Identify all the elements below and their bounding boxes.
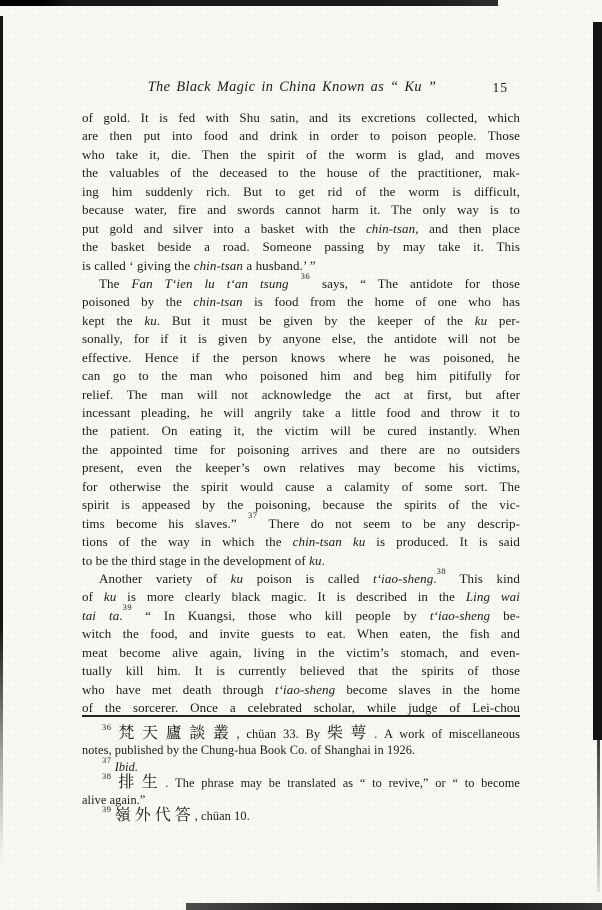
body-line: kept the ku. But it must be given by the… bbox=[82, 312, 520, 330]
scan-edge-left bbox=[0, 16, 3, 864]
body-line: spirit is appeased by the poisoning, bec… bbox=[82, 496, 520, 514]
body-text: of gold. It is fed with Shu satin, and i… bbox=[82, 109, 520, 717]
body-line: tims become his slaves.” 37 There do not… bbox=[82, 515, 520, 533]
body-line: can go to the man who poisoned him and b… bbox=[82, 367, 520, 385]
footnote-ref: 36 bbox=[301, 271, 311, 281]
scan-edge-right bbox=[593, 22, 602, 740]
body-line: the basket beside a road. Someone passin… bbox=[82, 238, 520, 256]
footnote-line: 39 嶺外代答, chüan 10. bbox=[82, 808, 520, 824]
body-line: who take it, die. Then the spirit of the… bbox=[82, 146, 520, 164]
body-line: for otherwise the spirit would cause a c… bbox=[82, 478, 520, 496]
body-line: witch the food, and invite guests to eat… bbox=[82, 625, 520, 643]
footnote-ref: 36 bbox=[102, 722, 112, 732]
body-line: meat become alive again, living in the v… bbox=[82, 644, 520, 662]
body-line: The Fan T‘ien lu t‘an tsung 36 says, “ T… bbox=[82, 275, 520, 293]
footnote-ref: 37 bbox=[248, 510, 258, 520]
scan-edge-bottom bbox=[186, 903, 602, 910]
body-line: put gold and silver into a basket with t… bbox=[82, 220, 520, 238]
body-line: the appointed time for poisoning arrives… bbox=[82, 441, 520, 459]
body-line: tually kill him. It is currently believe… bbox=[82, 662, 520, 680]
body-line: effective. Hence if the person knows whe… bbox=[82, 349, 520, 367]
body-line: to be the third stage in the development… bbox=[82, 552, 520, 570]
footnotes: 36 梵天廬談叢, chüan 33. By 柴萼. A work of mis… bbox=[82, 726, 520, 824]
footnote-separator bbox=[82, 715, 520, 717]
running-head: The Black Magic in China Known as “ Ku ”… bbox=[82, 79, 520, 99]
page-title: The Black Magic in China Known as “ Ku ” bbox=[82, 79, 520, 96]
footnote-line: 38 排生. The phrase may be translated as “… bbox=[82, 775, 520, 791]
body-line: present, even the keeper’s own relatives… bbox=[82, 459, 520, 477]
body-line: are then put into food and drink in orde… bbox=[82, 127, 520, 145]
footnote-ref: 39 bbox=[102, 804, 112, 814]
body-line: because water, fire and swords cannot ha… bbox=[82, 201, 520, 219]
footnote-ref: 37 bbox=[102, 755, 112, 765]
body-line: sonally, for if it is given by anyone el… bbox=[82, 330, 520, 348]
scan-edge-right-lower bbox=[597, 740, 600, 892]
footnote-ref: 38 bbox=[102, 771, 112, 781]
cjk-characters: 柴萼 bbox=[327, 725, 374, 742]
body-line: the valuables of the deceased to the hou… bbox=[82, 164, 520, 182]
footnote-ref: 39 bbox=[123, 602, 133, 612]
body-line: poisoned by the chin-tsan is food from t… bbox=[82, 293, 520, 311]
footnote-line: 36 梵天廬談叢, chüan 33. By 柴萼. A work of mis… bbox=[82, 726, 520, 742]
page-number: 15 bbox=[493, 80, 509, 96]
scanned-page: The Black Magic in China Known as “ Ku ”… bbox=[0, 0, 602, 910]
body-line: of ku is more clearly black magic. It is… bbox=[82, 588, 520, 606]
body-line: ing him suddenly rich. But to get rid of… bbox=[82, 183, 520, 201]
footnote-line: notes, published by the Chung-hua Book C… bbox=[82, 742, 520, 758]
footnote-line: 37 Ibid. bbox=[82, 759, 520, 775]
body-line: tions of the way in which the chin-tsan … bbox=[82, 533, 520, 551]
body-line: Another variety of ku poison is called t… bbox=[82, 570, 520, 588]
body-line: the patient. On eating it, the victim wi… bbox=[82, 422, 520, 440]
body-line: relief. The man will not acknowledge the… bbox=[82, 386, 520, 404]
cjk-characters: 排生 bbox=[118, 774, 165, 791]
body-line: of gold. It is fed with Shu satin, and i… bbox=[82, 109, 520, 127]
footnote-ref: 38 bbox=[437, 566, 447, 576]
scan-edge-top bbox=[0, 0, 498, 6]
body-line: who have met death through t‘iao-sheng b… bbox=[82, 681, 520, 699]
body-line: incessant pleading, he will angrily take… bbox=[82, 404, 520, 422]
cjk-characters: 梵天廬談叢 bbox=[118, 725, 236, 742]
footnote-line: alive again.” bbox=[82, 792, 520, 808]
cjk-characters: 嶺外代答 bbox=[115, 807, 195, 824]
body-line: tai ta.39 “ In Kuangsi, those who kill p… bbox=[82, 607, 520, 625]
